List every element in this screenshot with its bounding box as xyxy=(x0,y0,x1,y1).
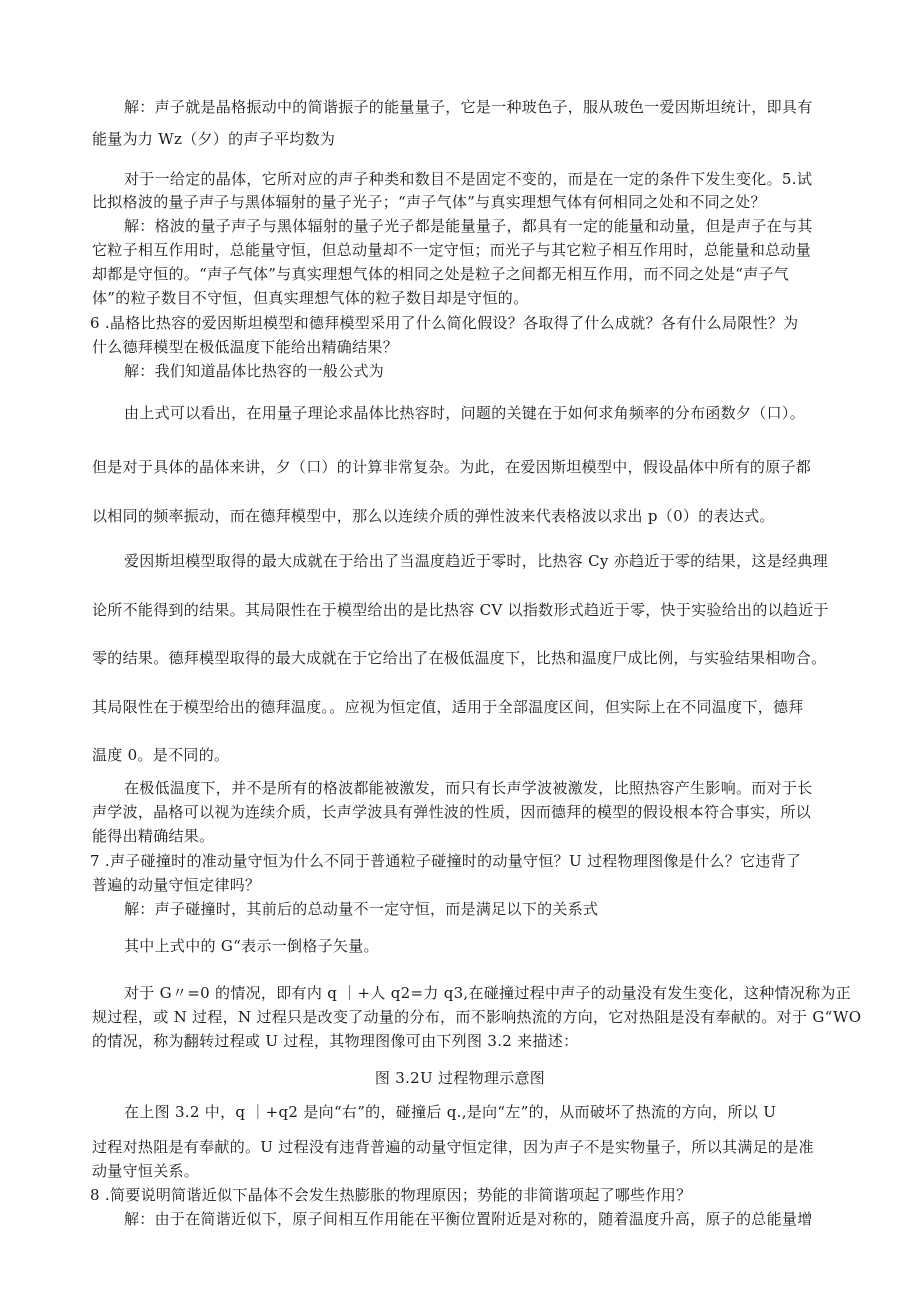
text-line: 能得出精确结果。 xyxy=(92,826,832,846)
text-line: 解：由于在简谐近似下，原子间相互作用能在平衡位置附近是对称的，随着温度升高，原子… xyxy=(124,1209,832,1229)
text-line: 过程对热阻是有奉献的。U 过程没有违背普遍的动量守恒定律，因为声子不是实物量子，… xyxy=(92,1137,832,1157)
text-line: 体”的粒子数目不守恒，但真实理想气体的粒子数目却是守恒的。 xyxy=(92,288,832,308)
text-line: 解：格波的量子声子与黑体辐射的量子光子都是能量量子，都具有一定的能量和动量，但是… xyxy=(124,216,832,236)
question-line: 7 .声子碰撞时的准动量守恒为什么不同于普通粒子碰撞时的动量守恒？U 过程物理图… xyxy=(90,851,830,871)
text-line: 普遍的动量守恒定律吗？ xyxy=(92,875,832,895)
text-line: 解：声子碰撞时，其前后的总动量不一定守恒，而是满足以下的关系式 xyxy=(124,899,832,919)
text-line: 论所不能得到的结果。其局限性在于模型给出的是比热容 CV 以指数形式趋近于零，快… xyxy=(92,600,832,620)
text-line: 的情况，称为翻转过程或 U 过程，其物理图像可由下列图 3.2 来描述： xyxy=(92,1031,832,1051)
text-line: 什么德拜模型在极低温度下能给出精确结果？ xyxy=(92,337,832,357)
text-line: 温度 0。是不同的。 xyxy=(92,745,832,765)
text-line: 对于一给定的晶体，它所对应的声子种类和数目不是固定不变的，而是在一定的条件下发生… xyxy=(124,169,832,189)
text-line: 其中上式中的 G“表示一倒格子矢量。 xyxy=(124,936,832,956)
question-line: 6 .晶格比热容的爱因斯坦模型和德拜模型采用了什么简化假设？各取得了什么成就？各… xyxy=(90,313,830,333)
text-line: 由上式可以看出，在用量子理论求晶体比热容时，问题的关键在于如何求角频率的分布函数… xyxy=(124,403,832,423)
text-line: 零的结果。德拜模型取得的最大成就在于它给出了在极低温度下，比热和温度尸成比例，与… xyxy=(92,648,832,668)
text-line: 它粒子相互作用时，总能量守恒，但总动量却不一定守恒；而光子与其它粒子相互作用时，… xyxy=(92,240,832,260)
text-line: 对于 G〃=0 的情况，即有内 q ｜+人 q2=力 q3,在碰撞过程中声子的动… xyxy=(124,983,832,1003)
text-line: 解：我们知道晶体比热容的一般公式为 xyxy=(124,361,832,381)
text-line: 在上图 3.2 中，q ｜+q2 是向“右”的，碰撞后 q.,是向“左”的，从而… xyxy=(124,1102,832,1122)
text-line: 规过程，或 N 过程，N 过程只是改变了动量的分布，而不影响热流的方向，它对热阻… xyxy=(92,1007,832,1027)
text-line: 声学波，晶格可以视为连续介质，长声学波具有弹性波的性质，因而德拜的模型的假设根本… xyxy=(92,802,832,822)
text-line: 爱因斯坦模型取得的最大成就在于给出了当温度趋近于零时，比热容 Cy 亦趋近于零的… xyxy=(124,551,832,571)
text-line: 比拟格波的量子声子与黑体辐射的量子光子；“声子气体”与真实理想气体有何相同之处和… xyxy=(92,192,832,212)
text-line: 但是对于具体的晶体来讲，夕（口）的计算非常复杂。为此，在爱因斯坦模型中，假设晶体… xyxy=(92,457,832,477)
text-line: 解：声子就是晶格振动中的简谐振子的能量量子，它是一种玻色子，服从玻色一爱因斯坦统… xyxy=(124,97,832,117)
text-line: 却都是守恒的。“声子气体”与真实理想气体的相同之处是粒子之间都无相互作用，而不同… xyxy=(92,264,832,284)
text-line: 能量为力 Wz（夕）的声子平均数为 xyxy=(92,129,832,149)
figure-caption: 图 3.2U 过程物理示意图 xyxy=(0,1068,920,1088)
text-line: 在极低温度下，并不是所有的格波都能被激发，而只有长声学波被激发，比照热容产生影响… xyxy=(124,778,832,798)
text-line: 以相同的频率振动，而在德拜模型中，那么以连续介质的弹性波来代表格波以求出 p（0… xyxy=(92,506,832,526)
text-line: 其局限性在于模型给出的德拜温度。。应视为恒定值，适用于全部温度区间，但实际上在不… xyxy=(92,697,832,717)
question-line: 8 .简要说明简谐近似下晶体不会发生热膨胀的物理原因；势能的非简谐项起了哪些作用… xyxy=(90,1185,830,1205)
text-line: 动量守恒关系。 xyxy=(92,1161,832,1181)
